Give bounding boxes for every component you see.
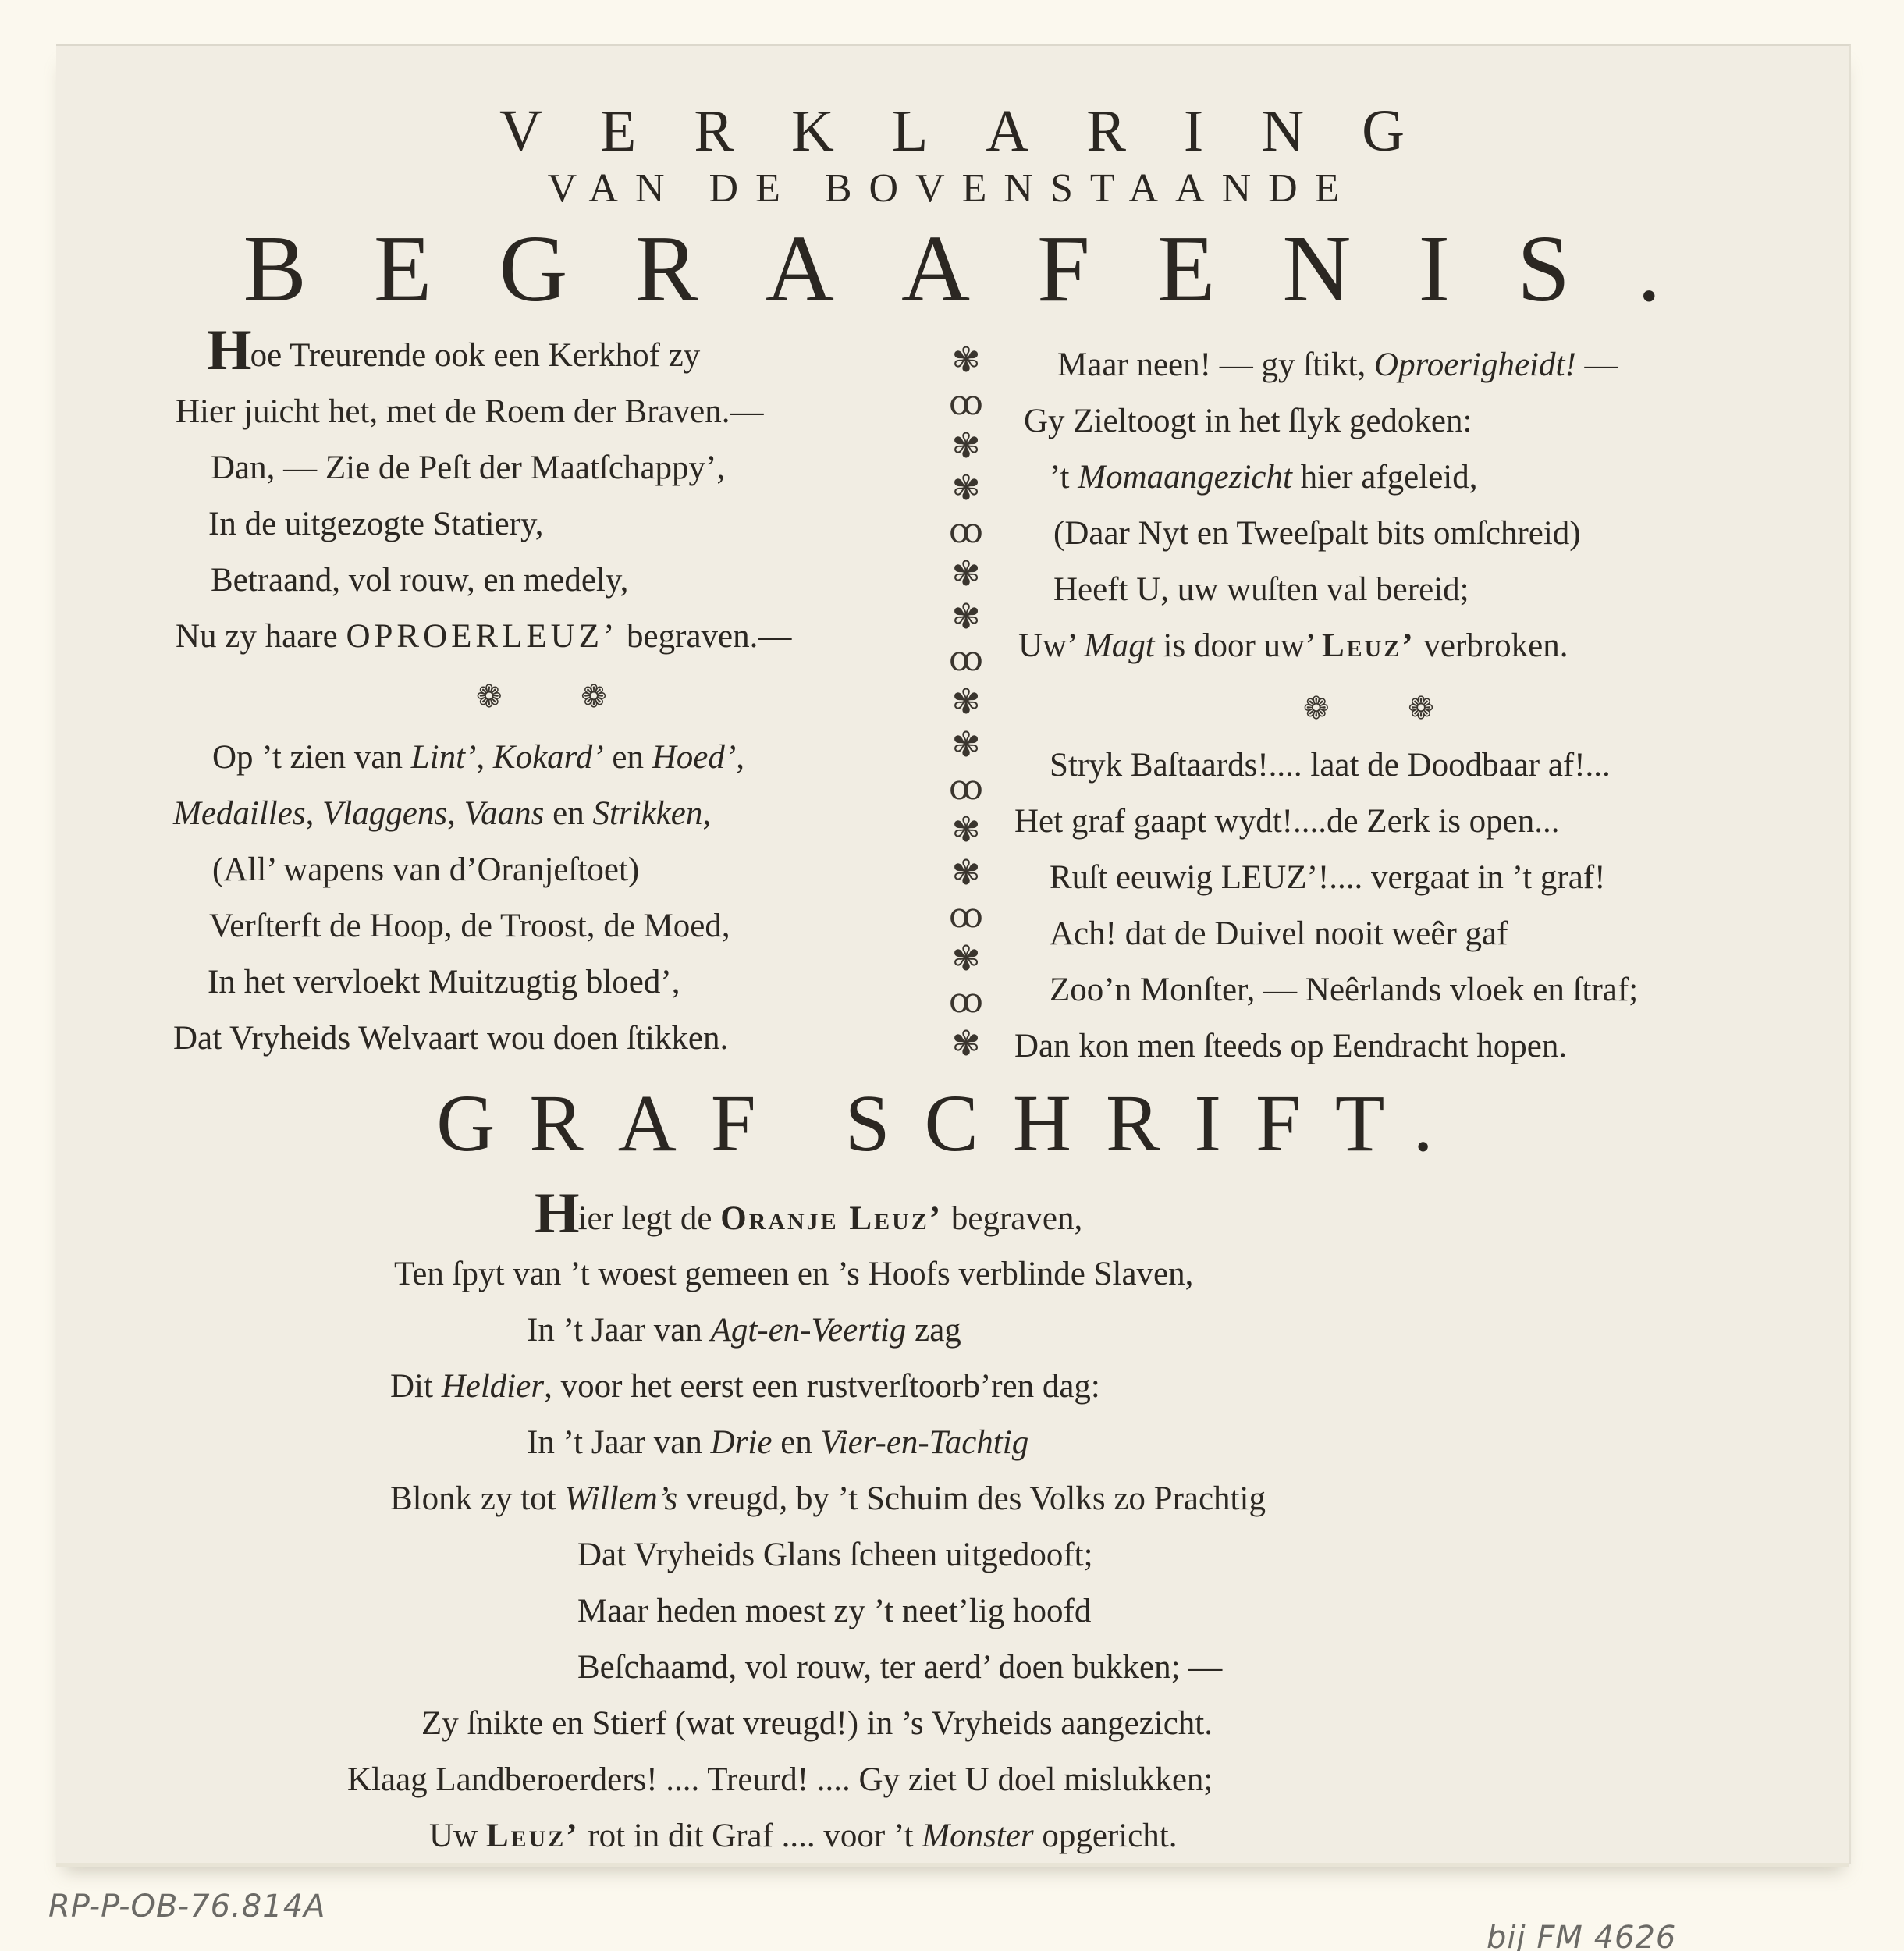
verse-line: Maar heden moest zy ’t neet’lig hoofd: [343, 1587, 1266, 1644]
heading-verklaring: VERKLARING: [0, 98, 1904, 165]
verse-text: Oranje Leuz’: [720, 1200, 943, 1237]
verse-line: Dat Vryheids Welvaart wou doen ſtikken.: [173, 1011, 744, 1067]
rosette-divider-left: ❁ ❁: [476, 679, 641, 715]
verse-text: Gy Zieltoogt in het ſlyk gedoken:: [1024, 403, 1472, 439]
verse-text: ier legt de: [578, 1200, 721, 1237]
verse-text: , voor het eerst een rustverſtoorb’ren d…: [544, 1368, 1100, 1405]
verse-line: Hier juicht het, met de Roem der Braven.…: [176, 384, 791, 440]
verse-text: en: [772, 1424, 820, 1461]
verse-line: Medailles, Vlaggens, Vaans en Strikken,: [173, 786, 744, 842]
verse-text: ,: [702, 795, 711, 832]
verse-text: zag: [906, 1312, 961, 1349]
verse-text: OPROERLEUZ’: [346, 618, 618, 655]
verse-text: In ’t Jaar van: [527, 1312, 711, 1349]
verse-line: Ten ſpyt van ’t woest gemeen en ’s Hoofs…: [343, 1250, 1266, 1306]
verse-line: Ruſt eeuwig LEUZ’!.... vergaat in ’t gra…: [1014, 850, 1638, 906]
right-stanza-1: Maar neen! — gy ſtikt, Oproerigheidt! —G…: [1018, 337, 1618, 674]
verse-text: In ’t Jaar van: [527, 1424, 711, 1461]
verse-text: Op ’t zien van: [212, 739, 411, 776]
verse-line: Uw Leuz’ rot in dit Graf .... voor ’t Mo…: [343, 1812, 1266, 1868]
verse-text: ,: [476, 739, 493, 776]
drop-cap: H: [207, 318, 250, 382]
verse-line: Heeft U, uw wuſten val bereid;: [1018, 562, 1618, 618]
verse-text: Monster: [922, 1818, 1033, 1854]
verse-line: Nu zy haare OPROERLEUZ’ begraven.—: [176, 609, 791, 665]
verse-text: Heldier: [442, 1368, 544, 1405]
verse-line: Zoo’n Monſter, — Neêrlands vloek en ſtra…: [1014, 962, 1638, 1018]
floral-border-icon: ✾ꝏ✾✾ꝏ✾✾ꝏ✾✾ꝏ✾✾ꝏ✾ꝏ✾: [946, 343, 986, 1061]
verse-line: Dat Vryheids Glans ſcheen uitgedooft;: [343, 1531, 1266, 1587]
verse-text: Agt-en-Veertig: [711, 1312, 907, 1349]
verse-text: Verſterft de Hoop, de Troost, de Moed,: [209, 908, 730, 944]
verse-text: Het graf gaapt wydt!....de Zerk is open.…: [1014, 803, 1560, 840]
verse-text: In het vervloekt Muitzugtig bloed’,: [208, 964, 680, 1000]
verse-text: Maar heden moest zy ’t neet’lig hoofd: [577, 1593, 1091, 1629]
verse-line: In het vervloekt Muitzugtig bloed’,: [173, 954, 744, 1011]
verse-text: Drie: [711, 1424, 773, 1461]
verse-line: Dan kon men ſteeds op Eendracht hopen.: [1014, 1018, 1638, 1075]
verse-text: Uw’: [1018, 627, 1084, 664]
verse-text: en: [604, 739, 652, 776]
inventory-number-left: RP-P-OB-76.814A: [48, 1889, 326, 1924]
verse-text: Leuz’: [486, 1818, 580, 1854]
verse-text: Lint’: [411, 739, 477, 776]
verse-text: Klaag Landberoerders! .... Treurd! .... …: [347, 1761, 1213, 1798]
verse-text: Momaangezicht: [1078, 459, 1292, 496]
right-stanza-2: Stryk Baſtaards!.... laat de Doodbaar af…: [1014, 737, 1638, 1075]
heading-subtitle: VAN DE BOVENSTAANDE: [0, 165, 1904, 211]
verse-line: In ’t Jaar van Drie en Vier-en-Tachtig: [343, 1419, 1266, 1475]
verse-line: Stryk Baſtaards!.... laat de Doodbaar af…: [1014, 737, 1638, 794]
verse-text: ,: [447, 795, 464, 832]
verse-text: verbroken.: [1416, 627, 1568, 664]
verse-text: vreugd, by ’t Schuim des Volks zo Pracht…: [677, 1480, 1266, 1517]
verse-text: ,: [306, 795, 323, 832]
rosette-divider-right: ❁ ❁: [1303, 691, 1469, 727]
verse-line: Ach! dat de Duivel nooit weêr gaf: [1014, 906, 1638, 962]
verse-text: en: [544, 795, 592, 832]
verse-text: oe Treurende ook een Kerkhof zy: [250, 337, 701, 374]
verse-text: Hier juicht het, met de Roem der Braven.…: [176, 393, 763, 430]
verse-line: Betraand, vol rouw, en medely,: [176, 553, 791, 609]
verse-text: Oproerigheidt!: [1374, 346, 1576, 383]
verse-text: Leuz’: [1322, 627, 1416, 664]
verse-text: Maar neen! — gy ſtikt,: [1057, 346, 1374, 383]
verse-text: rot in dit Graf .... voor ’t: [580, 1818, 922, 1854]
verse-line: (All’ wapens van d’Oranjeſtoet): [173, 842, 744, 898]
verse-line: (Daar Nyt en Tweeſpalt bits omſchreid): [1018, 506, 1618, 562]
verse-text: Vaans: [464, 795, 545, 832]
verse-text: opgericht.: [1034, 1818, 1178, 1854]
verse-text: ’t: [1050, 459, 1078, 496]
verse-text: Dan, — Zie de Peſt der Maatſchappy’,: [211, 450, 725, 486]
verse-line: Klaag Landberoerders! .... Treurd! .... …: [343, 1756, 1266, 1812]
verse-text: Uw: [429, 1818, 486, 1854]
verse-text: Beſchaamd, vol rouw, ter aerd’ doen bukk…: [577, 1649, 1222, 1686]
epitaph-title: GRAF SCHRIFT.: [0, 1077, 1904, 1170]
verse-text: Hoed’: [652, 739, 736, 776]
verse-text: —: [1576, 346, 1618, 383]
verse-text: (Daar Nyt en Tweeſpalt bits omſchreid): [1053, 515, 1581, 552]
verse-text: Dat Vryheids Welvaart wou doen ſtikken.: [173, 1020, 728, 1057]
verse-line: Gy Zieltoogt in het ſlyk gedoken:: [1018, 393, 1618, 450]
verse-text: Ruſt eeuwig LEUZ’!.... vergaat in ’t gra…: [1050, 859, 1605, 896]
verse-text: hier afgeleid,: [1292, 459, 1478, 496]
verse-text: begraven.—: [618, 618, 791, 655]
verse-line: In de uitgezogte Statiery,: [176, 496, 791, 553]
verse-line: Beſchaamd, vol rouw, ter aerd’ doen bukk…: [343, 1644, 1266, 1700]
verse-line: In ’t Jaar van Agt-en-Veertig zag: [343, 1306, 1266, 1363]
verse-line: Verſterft de Hoop, de Troost, de Moed,: [173, 898, 744, 954]
verse-text: Vier-en-Tachtig: [821, 1424, 1029, 1461]
verse-line: Uw’ Magt is door uw’ Leuz’ verbroken.: [1018, 618, 1618, 674]
verse-text: Heeft U, uw wuſten val bereid;: [1053, 571, 1469, 608]
verse-text: is door uw’: [1155, 627, 1322, 664]
verse-line: Het graf gaapt wydt!....de Zerk is open.…: [1014, 794, 1638, 850]
left-stanza-2: Op ’t zien van Lint’, Kokard’ en Hoed’,M…: [173, 730, 744, 1067]
verse-text: Dan kon men ſteeds op Eendracht hopen.: [1014, 1028, 1567, 1064]
epitaph-verse: Hier legt de Oranje Leuz’ begraven,Ten ſ…: [343, 1194, 1266, 1868]
verse-text: ,: [736, 739, 744, 776]
verse-text: Dit: [390, 1368, 442, 1405]
verse-text: Ach! dat de Duivel nooit weêr gaf: [1050, 915, 1508, 952]
verse-text: Nu zy haare: [176, 618, 346, 655]
verse-line: Hoe Treurende ook een Kerkhof zy: [176, 328, 791, 384]
verse-line: Blonk zy tot Willem’s vreugd, by ’t Schu…: [343, 1475, 1266, 1531]
verse-text: Medailles: [173, 795, 306, 832]
verse-text: Zy ſnikte en Stierf (wat vreugd!) in ’s …: [421, 1705, 1213, 1742]
verse-line: Zy ſnikte en Stierf (wat vreugd!) in ’s …: [343, 1700, 1266, 1756]
verse-text: Magt: [1084, 627, 1155, 664]
verse-line: ’t Momaangezicht hier afgeleid,: [1018, 450, 1618, 506]
verse-text: Vlaggens: [322, 795, 447, 832]
verse-text: In de uitgezogte Statiery,: [208, 506, 543, 542]
verse-text: begraven,: [943, 1200, 1082, 1237]
verse-line: Dan, — Zie de Peſt der Maatſchappy’,: [176, 440, 791, 496]
inventory-number-right: bij FM 4626: [1487, 1920, 1676, 1951]
drop-cap: H: [535, 1182, 578, 1246]
verse-line: Op ’t zien van Lint’, Kokard’ en Hoed’,: [173, 730, 744, 786]
verse-line: Dit Heldier, voor het eerst een rustverſ…: [343, 1363, 1266, 1419]
verse-text: Zoo’n Monſter, — Neêrlands vloek en ſtra…: [1050, 972, 1638, 1008]
verse-line: Hier legt de Oranje Leuz’ begraven,: [343, 1194, 1266, 1250]
verse-text: Strikken: [592, 795, 702, 832]
verse-text: Blonk zy tot: [390, 1480, 564, 1517]
verse-line: Maar neen! — gy ſtikt, Oproerigheidt! —: [1018, 337, 1618, 393]
verse-text: Kokard’: [493, 739, 604, 776]
verse-text: Stryk Baſtaards!.... laat de Doodbaar af…: [1050, 747, 1611, 784]
verse-text: (All’ wapens van d’Oranjeſtoet): [212, 851, 639, 888]
heading-begraafenis: BEGRAAFENIS.: [0, 215, 1904, 324]
verse-text: Ten ſpyt van ’t woest gemeen en ’s Hoofs…: [394, 1256, 1193, 1292]
verse-text: Dat Vryheids Glans ſcheen uitgedooft;: [577, 1537, 1093, 1573]
left-stanza-1: Hoe Treurende ook een Kerkhof zyHier jui…: [176, 328, 791, 665]
verse-text: Willem’s: [564, 1480, 677, 1517]
verse-text: Betraand, vol rouw, en medely,: [211, 562, 628, 599]
